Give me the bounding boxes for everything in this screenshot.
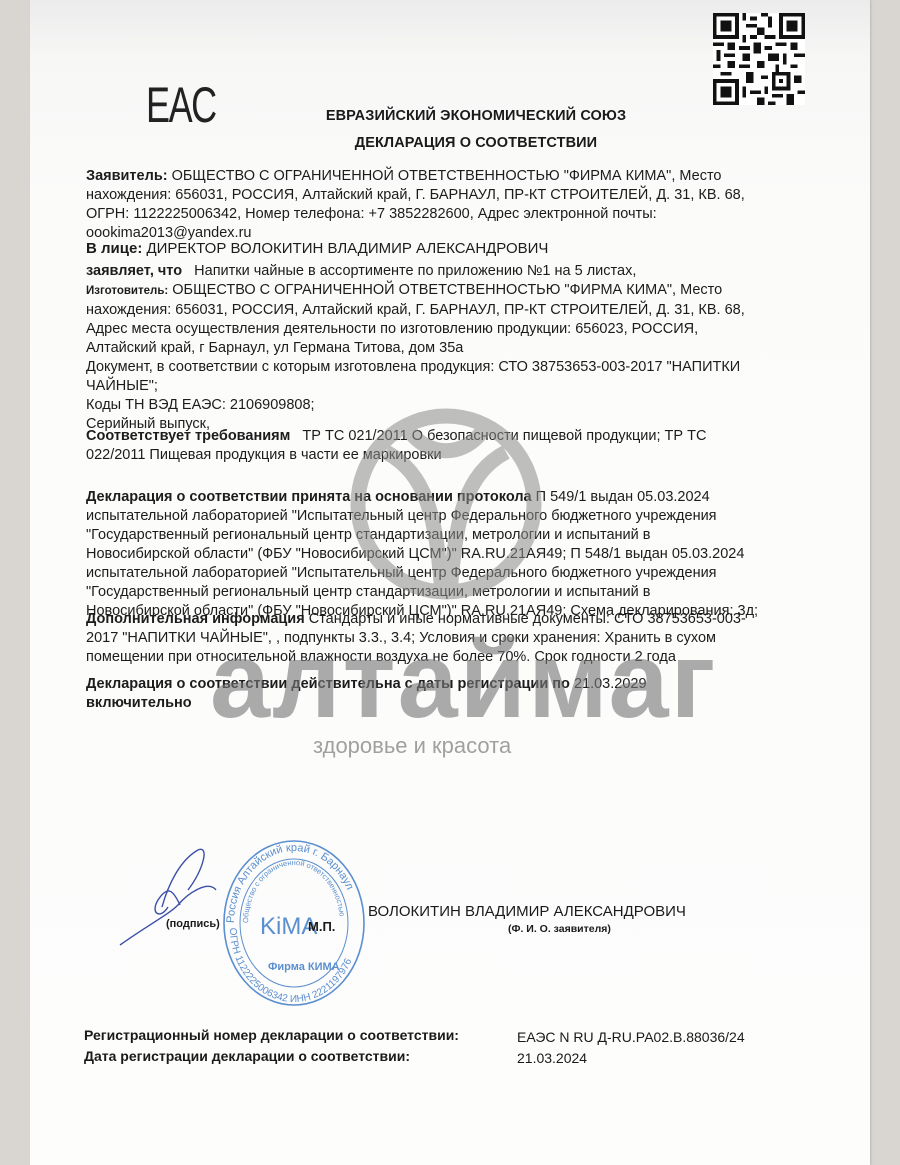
watermark-tagline: здоровье и красота (313, 733, 511, 759)
signer-name: ВОЛОКИТИН ВЛАДИМИР АЛЕКСАНДРОВИЧ (368, 903, 686, 920)
applicant-section: Заявитель: ОБЩЕСТВО С ОГРАНИЧЕННОЙ ОТВЕТ… (86, 167, 806, 243)
registration-number-label: Регистрационный номер декларации о соотв… (84, 1027, 459, 1043)
manufacturer-address: нахождения: 656031, РОССИЯ, Алтайский кр… (86, 301, 806, 320)
represented-by-value: ДИРЕКТОР ВОЛОКИТИН ВЛАДИМИР АЛЕКСАНДРОВИ… (146, 240, 548, 257)
declares-label: заявляет, что (86, 263, 182, 279)
signature-label: (подпись) (166, 918, 220, 930)
represented-by-label: В лице: (86, 240, 142, 257)
stamp-place-label: М.П. (308, 919, 335, 934)
validity-suffix: включительно (86, 695, 192, 711)
qr-code-icon (711, 13, 807, 105)
document-title: ДЕКЛАРАЦИЯ О СООТВЕТСТВИИ (0, 135, 900, 151)
production-address-2: Алтайский край, г Барнаул, ул Германа Ти… (86, 339, 806, 358)
signer-name-label: (Ф. И. О. заявителя) (508, 923, 611, 935)
registration-date-label: Дата регистрации декларации о соответств… (84, 1048, 410, 1064)
signature-icon (118, 845, 228, 955)
standard-document-2: ЧАЙНЫЕ"; (86, 377, 806, 396)
product-name: Напитки чайные в ассортименте по приложе… (194, 263, 636, 279)
watermark-brand: алтаймаг (210, 625, 718, 735)
applicant-contacts: ОГРН: 1122225006342, Номер телефона: +7 … (86, 205, 806, 224)
manufacturer-name: ОБЩЕСТВО С ОГРАНИЧЕННОЙ ОТВЕТСТВЕННОСТЬЮ… (172, 282, 722, 298)
applicant-label: Заявитель: (86, 168, 168, 184)
standard-document-1: Документ, в соответствии с которым изгот… (86, 358, 806, 377)
requirements-label: Соответствует требованиям (86, 428, 290, 444)
applicant-name: ОБЩЕСТВО С ОГРАНИЧЕННОЙ ОТВЕТСТВЕННОСТЬЮ… (172, 168, 722, 184)
manufacturer-label: Изготовитель: (86, 285, 168, 297)
stamp-company: Фирма КИМА (268, 961, 340, 973)
company-stamp-icon: Россия Алтайский край г. Барнаул Обществ… (220, 838, 368, 1008)
represented-by: В лице: ДИРЕКТОР ВОЛОКИТИН ВЛАДИМИР АЛЕК… (86, 239, 806, 258)
production-address-1: Адрес места осуществления деятельности п… (86, 320, 806, 339)
watermark-globe-icon (346, 404, 546, 604)
registration-number-value: ЕАЭС N RU Д-RU.РА02.В.88036/24 (517, 1029, 745, 1045)
basis-line: П 549/1 выдан 05.03.2024 (536, 489, 710, 505)
applicant-address: нахождения: 656031, РОССИЯ, Алтайский кр… (86, 186, 806, 205)
union-heading: ЕВРАЗИЙСКИЙ ЭКОНОМИЧЕСКИЙ СОЮЗ (0, 108, 900, 124)
registration-date-value: 21.03.2024 (517, 1050, 587, 1066)
